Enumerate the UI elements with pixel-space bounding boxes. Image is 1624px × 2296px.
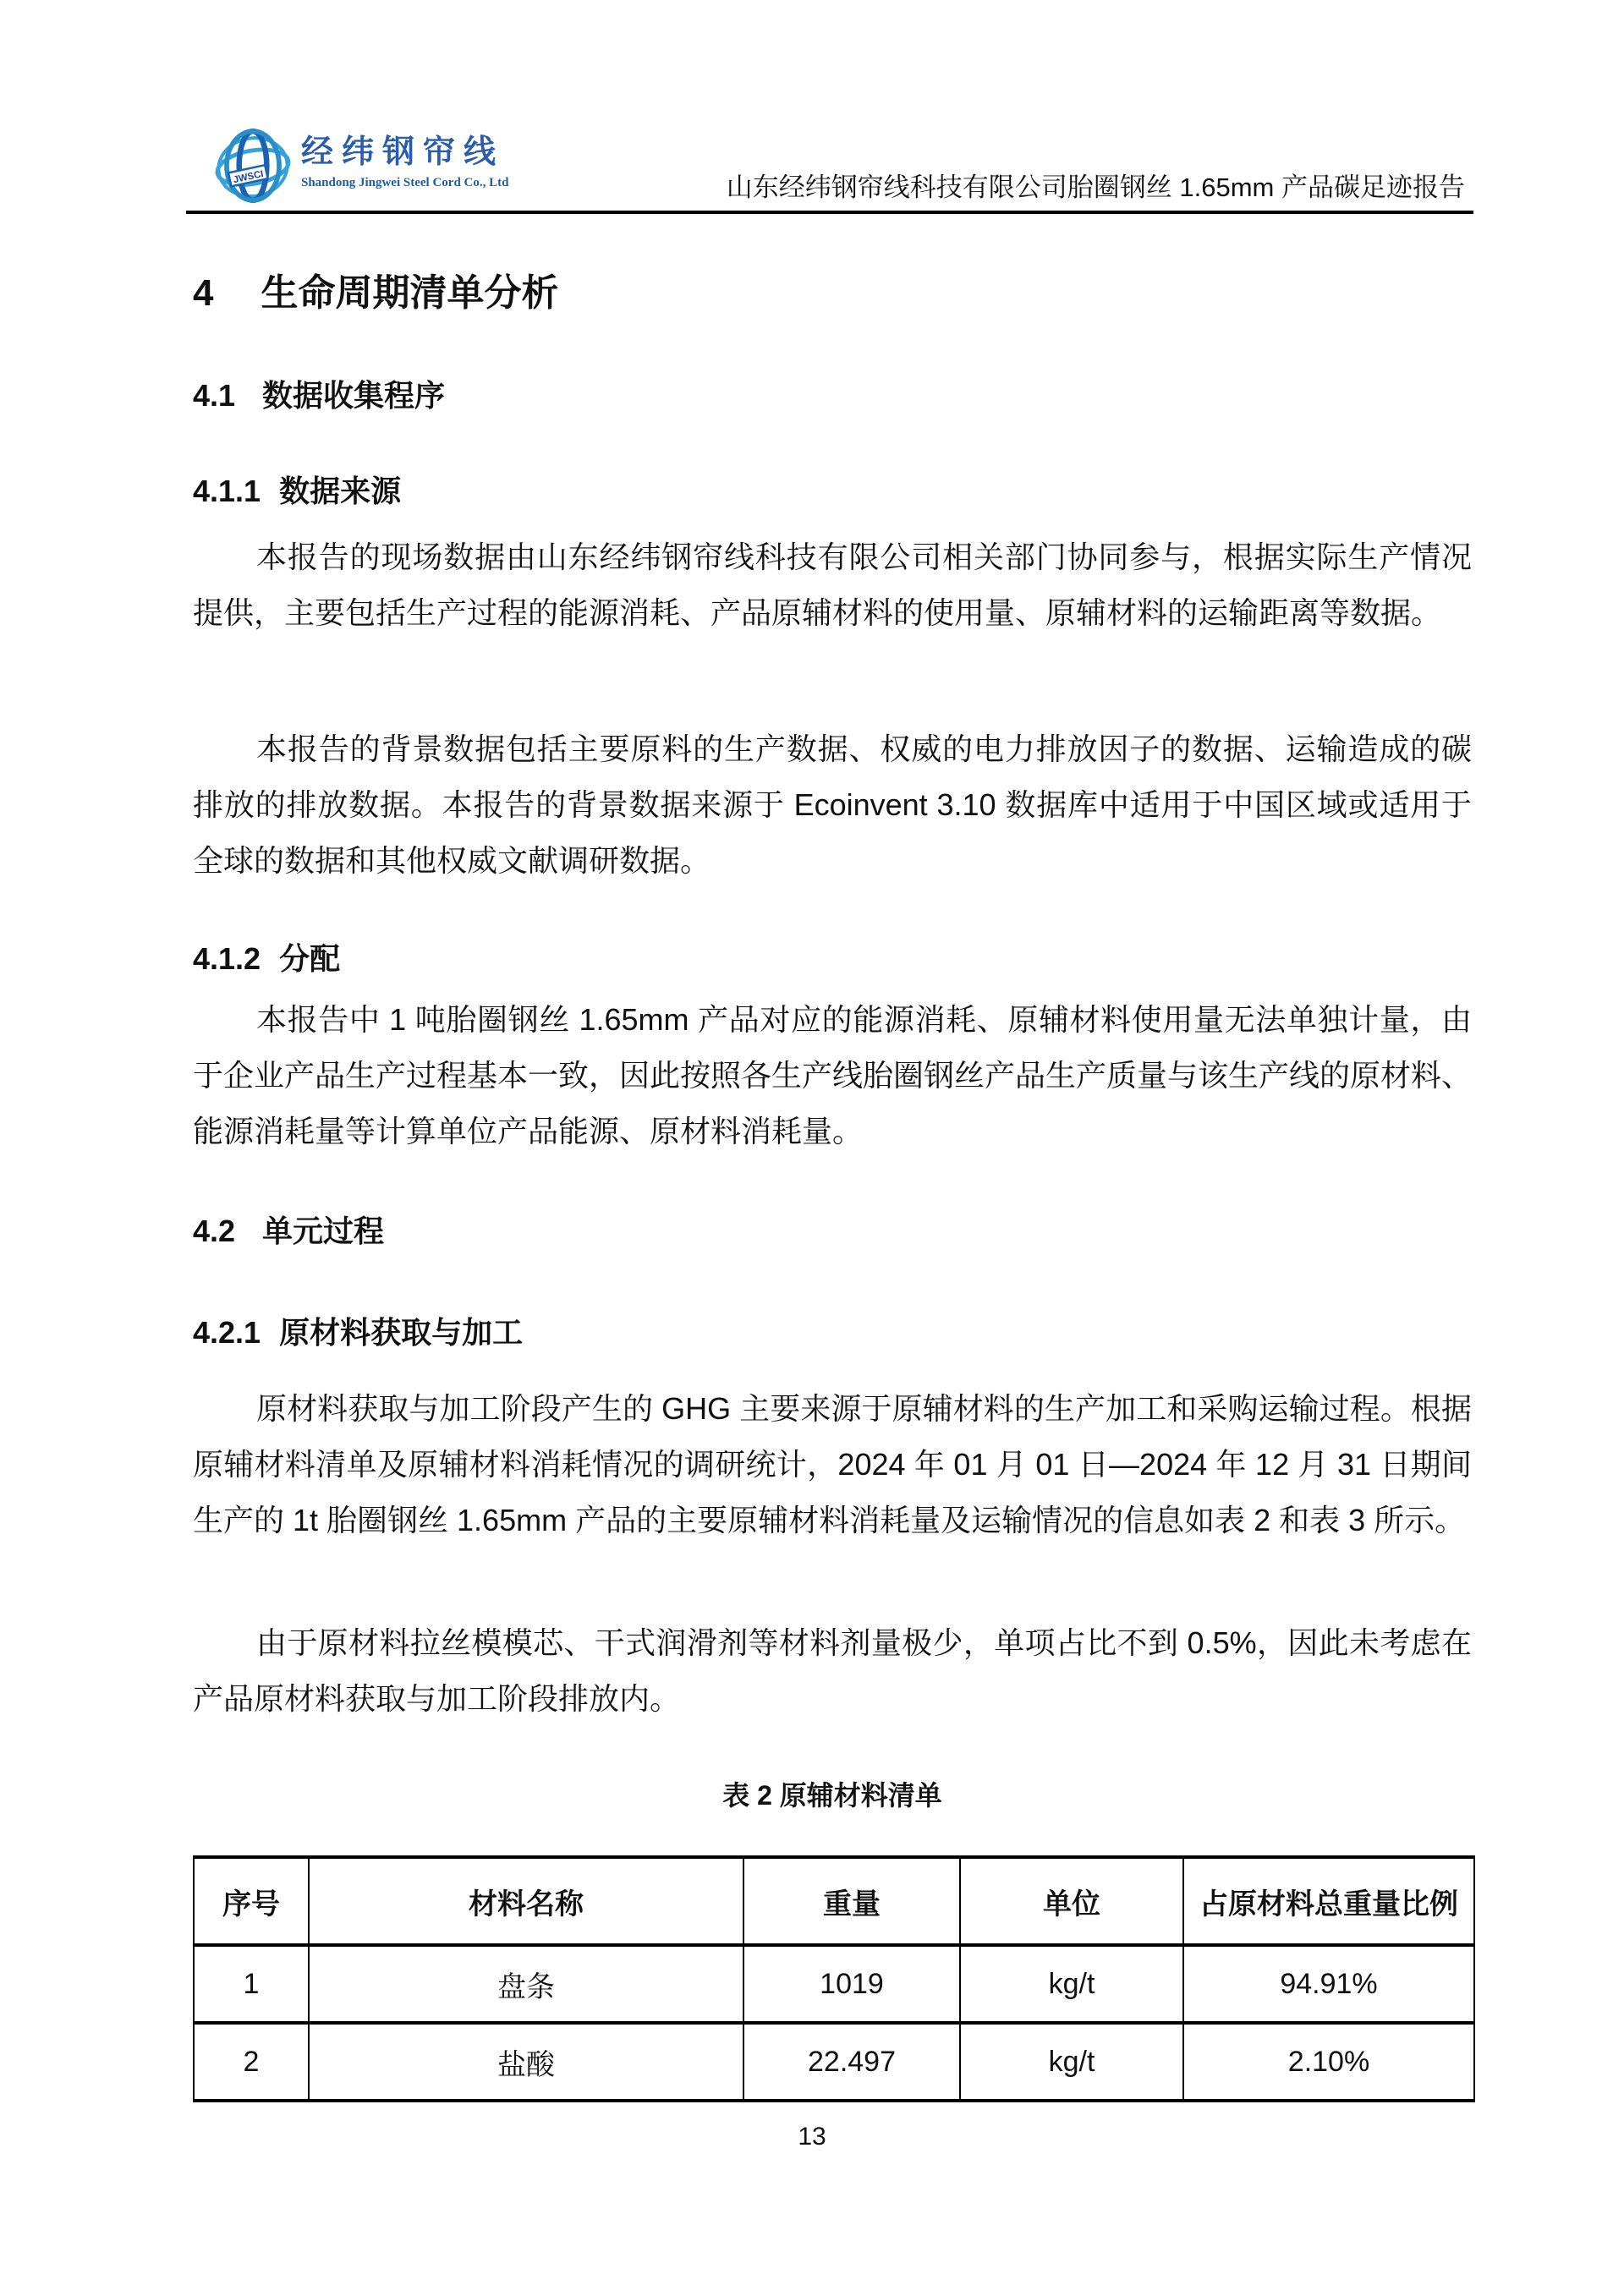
cell-ratio: 94.91% [1183, 1945, 1474, 2023]
page-number: 13 [0, 2123, 1624, 2151]
section-number: 4.1.2 [193, 941, 261, 976]
chapter-heading: 4生命周期清单分析 [193, 262, 1472, 316]
paragraph-raw-material-stage: 原材料获取与加工阶段产生的 GHG 主要来源于原辅材料的生产加工和采购运输过程。… [193, 1381, 1472, 1548]
section-title: 分配 [279, 941, 340, 976]
section-number: 4.1 [193, 378, 235, 413]
paragraph-allocation: 本报告中 1 吨胎圈钢丝 1.65mm 产品对应的能源消耗、原辅材料使用量无法单… [193, 992, 1472, 1159]
cell-unit: kg/t [960, 1945, 1183, 2023]
col-header-index: 序号 [194, 1857, 309, 1945]
section-number: 4.1.1 [193, 474, 261, 508]
section-heading-4-1: 4.1数据收集程序 [193, 372, 1472, 415]
logo-company-name-en: Shandong Jingwei Steel Cord Co., Ltd [301, 176, 508, 190]
col-header-material: 材料名称 [309, 1857, 743, 1945]
section-title: 数据收集程序 [262, 378, 445, 413]
logo-company-name-cn: 经纬钢帘线 [301, 135, 508, 171]
cell-material: 盐酸 [309, 2023, 743, 2101]
cell-ratio: 2.10% [1183, 2023, 1474, 2101]
materials-table: 序号 材料名称 重量 单位 占原材料总重量比例 1 盘条 1019 kg/t 9… [193, 1855, 1475, 2102]
col-header-ratio: 占原材料总重量比例 [1183, 1857, 1474, 1945]
cell-unit: kg/t [960, 2023, 1183, 2101]
table-row: 1 盘条 1019 kg/t 94.91% [194, 1945, 1474, 2023]
company-logo: JWSCI 经纬钢帘线 Shandong Jingwei Steel Cord … [211, 123, 508, 208]
globe-logo-icon: JWSCI [211, 123, 294, 208]
chapter-title: 生命周期清单分析 [261, 272, 558, 314]
table-row: 2 盐酸 22.497 kg/t 2.10% [194, 2023, 1474, 2101]
section-title: 数据来源 [279, 474, 401, 508]
logo-text-block: 经纬钢帘线 Shandong Jingwei Steel Cord Co., L… [301, 123, 508, 190]
section-heading-4-2-1: 4.2.1原材料获取与加工 [193, 1309, 1472, 1352]
report-page: JWSCI 经纬钢帘线 Shandong Jingwei Steel Cord … [0, 0, 1624, 2296]
header-doc-title: 山东经纬钢帘线科技有限公司胎圈钢丝 1.65mm 产品碳足迹报告 [727, 166, 1465, 204]
table-2-caption: 表 2 原辅材料清单 [193, 1774, 1472, 1813]
col-header-unit: 单位 [960, 1857, 1183, 1945]
header-rule [186, 211, 1473, 214]
cell-index: 2 [194, 2023, 309, 2101]
section-heading-4-1-1: 4.1.1数据来源 [193, 468, 1472, 511]
section-title: 单元过程 [262, 1214, 384, 1248]
chapter-number: 4 [193, 272, 213, 314]
paragraph-field-data: 本报告的现场数据由山东经纬钢帘线科技有限公司相关部门协同参与，根据实际生产情况提… [193, 529, 1472, 641]
section-number: 4.2.1 [193, 1315, 261, 1350]
section-title: 原材料获取与加工 [279, 1315, 523, 1350]
cell-weight: 22.497 [743, 2023, 960, 2101]
table-header-row: 序号 材料名称 重量 单位 占原材料总重量比例 [194, 1857, 1474, 1945]
paragraph-background-data: 本报告的背景数据包括主要原料的生产数据、权威的电力排放因子的数据、运输造成的碳排… [193, 721, 1472, 889]
section-number: 4.2 [193, 1214, 235, 1248]
cell-index: 1 [194, 1945, 309, 2023]
cell-material: 盘条 [309, 1945, 743, 2023]
paragraph-excluded-materials: 由于原材料拉丝模模芯、干式润滑剂等材料剂量极少，单项占比不到 0.5%，因此未考… [193, 1615, 1472, 1727]
cell-weight: 1019 [743, 1945, 960, 2023]
col-header-weight: 重量 [743, 1857, 960, 1945]
section-heading-4-1-2: 4.1.2分配 [193, 935, 1472, 978]
section-heading-4-2: 4.2单元过程 [193, 1208, 1472, 1251]
